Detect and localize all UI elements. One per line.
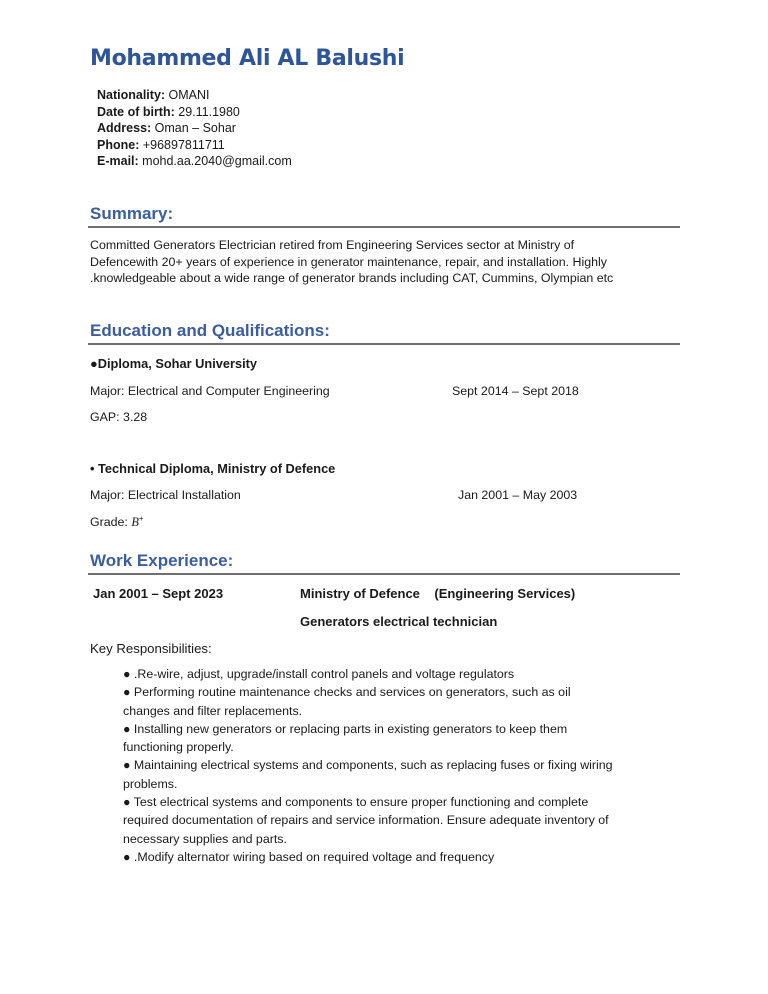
- education-item-title: ●Diploma, Sohar University: [90, 356, 257, 371]
- education-item-dates: Sept 2014 – Sept 2018: [452, 384, 579, 398]
- section-divider: [88, 573, 680, 575]
- resume-page: Mohammed Ali AL Balushi Nationality: OMA…: [0, 0, 768, 994]
- education-item-grade: Grade: B+: [90, 514, 144, 530]
- list-item: ● Maintaining electrical systems and com…: [123, 756, 683, 793]
- candidate-name: Mohammed Ali AL Balushi: [90, 46, 404, 71]
- dob-row: Date of birth: 29.11.1980: [97, 104, 292, 121]
- section-divider: [88, 226, 680, 228]
- education-item-dates: Jan 2001 – May 2003: [458, 488, 577, 502]
- work-dates: Jan 2001 – Sept 2023: [93, 586, 223, 601]
- address-row: Address: Oman – Sohar: [97, 120, 292, 137]
- work-organization: Ministry of Defence (Engineering Service…: [300, 586, 575, 601]
- list-item: ● .Re-wire, adjust, upgrade/install cont…: [123, 665, 683, 683]
- contact-info: Nationality: OMANI Date of birth: 29.11.…: [97, 87, 292, 170]
- list-item: ● .Modify alternator wiring based on req…: [123, 848, 683, 866]
- responsibilities-list: ● .Re-wire, adjust, upgrade/install cont…: [123, 665, 683, 866]
- education-item-title: • Technical Diploma, Ministry of Defence: [90, 461, 335, 476]
- summary-heading: Summary:: [90, 204, 173, 224]
- education-item-major: Major: Electrical and Computer Engineeri…: [90, 384, 330, 398]
- section-divider: [88, 343, 680, 345]
- education-item-major: Major: Electrical Installation: [90, 488, 241, 502]
- education-item-gpa: GAP: 3.28: [90, 410, 147, 424]
- phone-row: Phone: +96897811711: [97, 137, 292, 154]
- responsibilities-label: Key Responsibilities:: [90, 641, 212, 656]
- summary-text: Committed Generators Electrician retired…: [90, 237, 690, 287]
- education-heading: Education and Qualifications:: [90, 321, 330, 341]
- email-row: E-mail: mohd.aa.2040@gmail.com: [97, 153, 292, 170]
- list-item: ● Test electrical systems and components…: [123, 793, 683, 848]
- list-item: ● Performing routine maintenance checks …: [123, 683, 683, 720]
- list-item: ● Installing new generators or replacing…: [123, 720, 683, 757]
- nationality-row: Nationality: OMANI: [97, 87, 292, 104]
- work-role: Generators electrical technician: [300, 614, 497, 629]
- work-heading: Work Experience:: [90, 551, 233, 571]
